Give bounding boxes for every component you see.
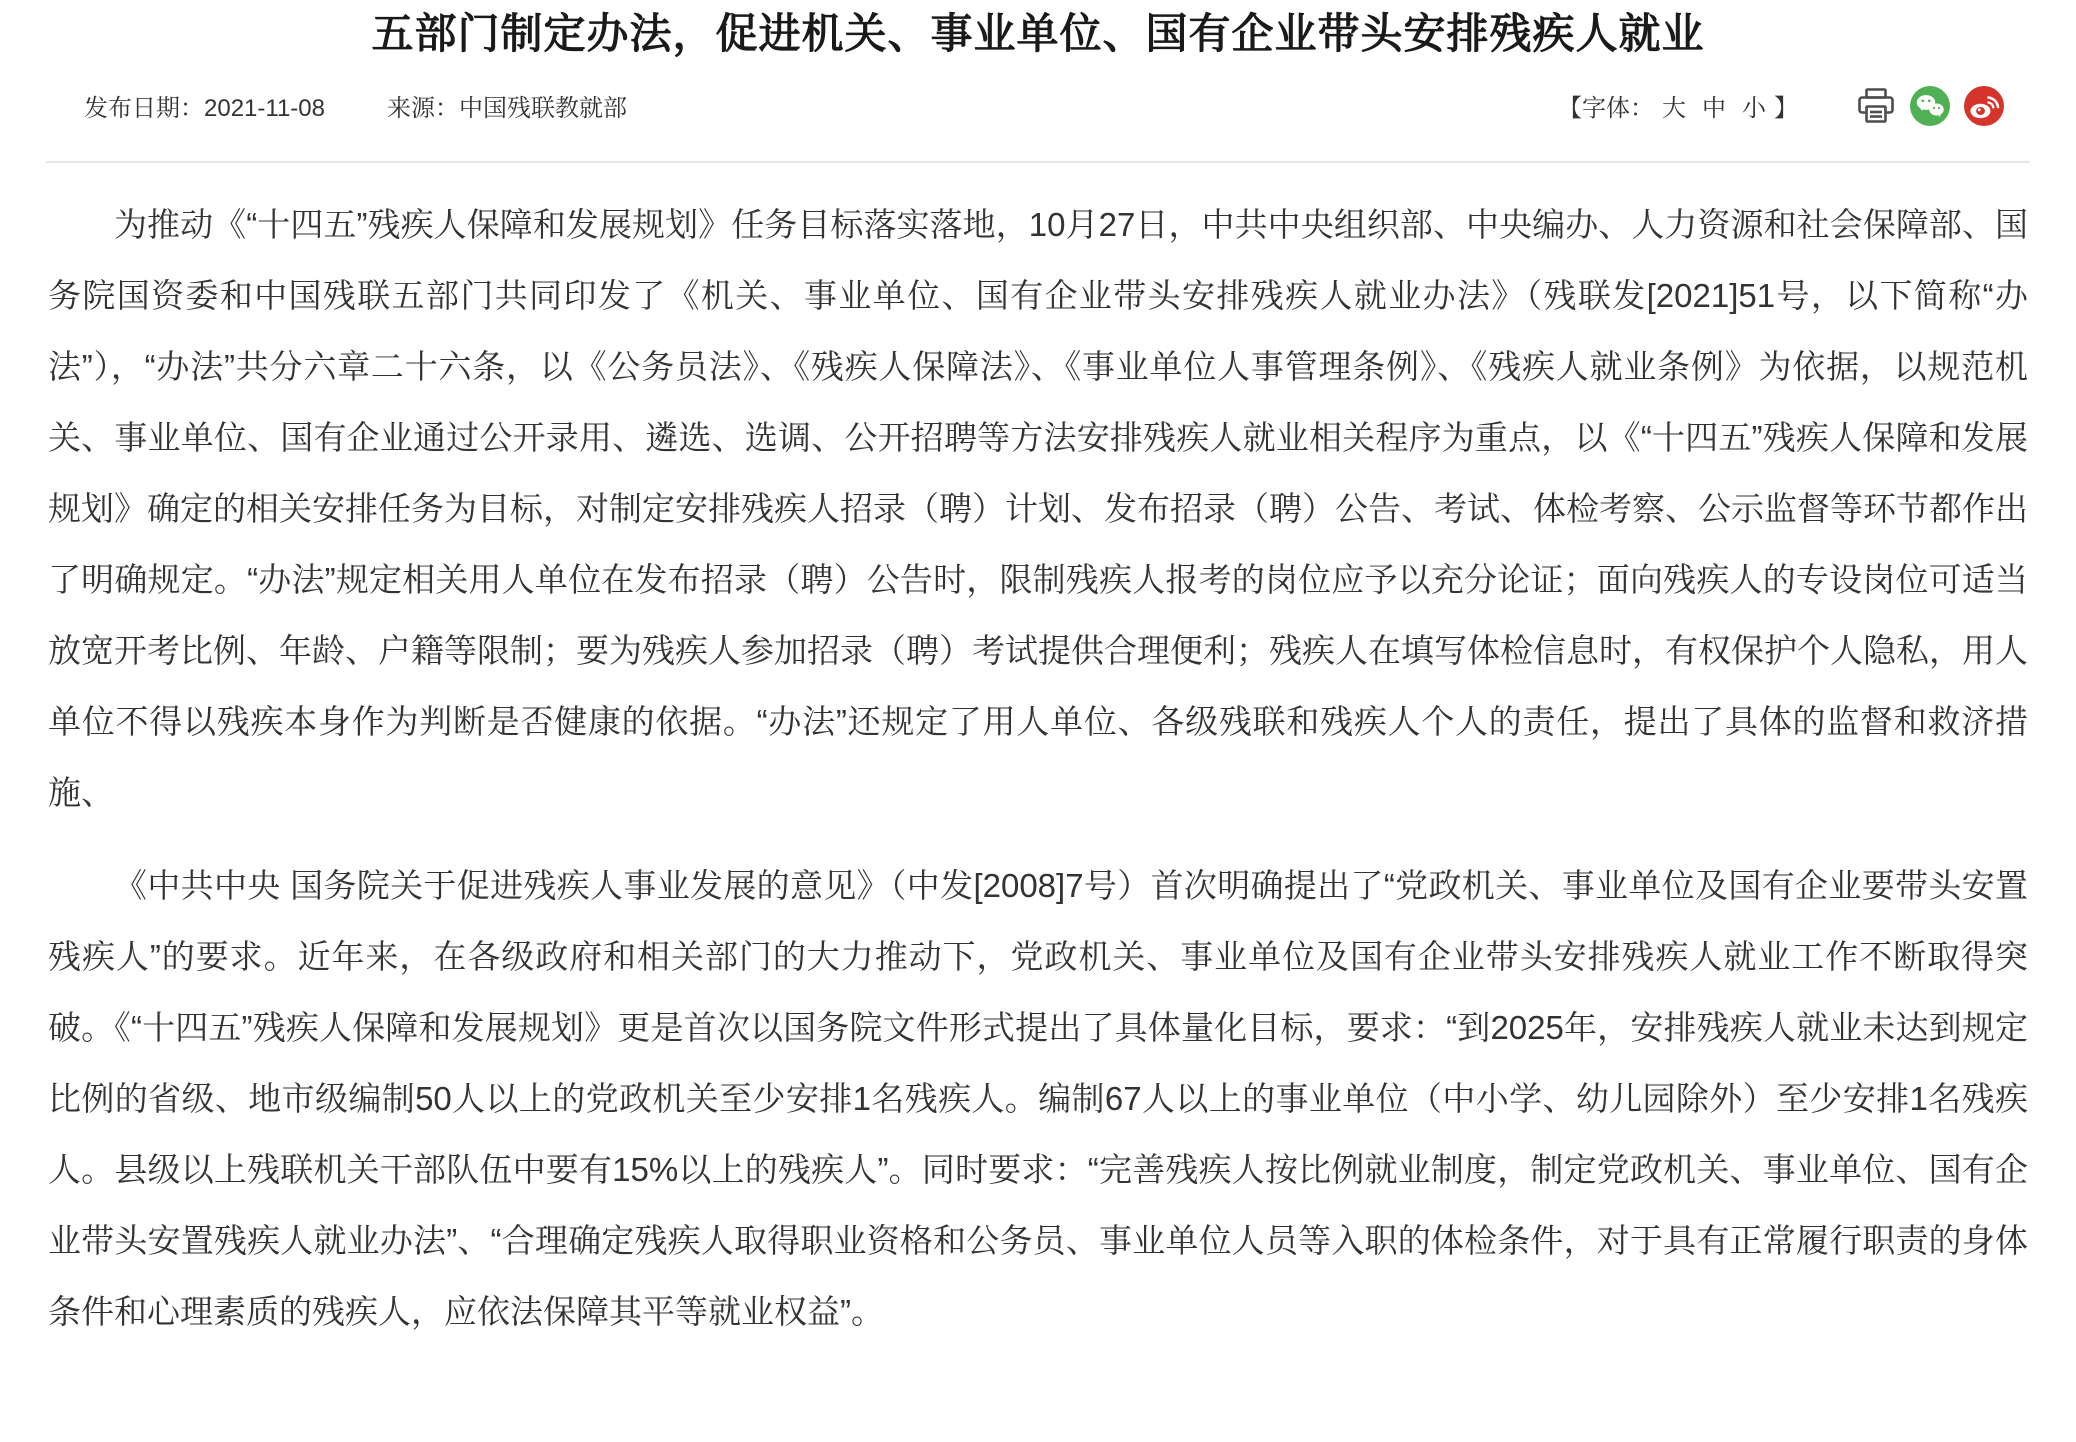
print-button[interactable] <box>1856 86 1896 126</box>
share-icon-group <box>1856 86 2004 126</box>
publish-date-value: 2021-11-08 <box>204 95 325 122</box>
font-size-prefix: 【字体： <box>1558 88 1654 123</box>
article-paragraph-1: 为推动《“十四五”残疾人保障和发展规划》任务目标落实落地，10月27日，中共中央… <box>48 189 2028 828</box>
font-size-large-button[interactable]: 大 <box>1662 88 1686 123</box>
publish-date: 发布日期：2021-11-08 <box>84 88 325 123</box>
article-body: 为推动《“十四五”残疾人保障和发展规划》任务目标落实落地，10月27日，中共中央… <box>0 163 2076 1347</box>
weibo-icon <box>1964 86 2004 126</box>
font-size-medium-button[interactable]: 中 <box>1702 88 1726 123</box>
article-paragraph-2: 《中共中央 国务院关于促进残疾人事业发展的意见》（中发[2008]7号）首次明确… <box>48 850 2028 1347</box>
font-size-widget: 【字体：大中小】 <box>1558 88 1798 123</box>
source-value: 中国残联教就部 <box>459 95 627 122</box>
wechat-icon <box>1910 86 1950 126</box>
print-icon <box>1856 87 1896 125</box>
meta-actions: 【字体：大中小】 <box>1558 86 2004 126</box>
source: 来源：中国残联教就部 <box>387 88 627 123</box>
source-label: 来源： <box>387 95 459 122</box>
wechat-share-button[interactable] <box>1910 86 1950 126</box>
page-title: 五部门制定办法，促进机关、事业单位、国有企业带头安排残疾人就业 <box>0 0 2076 61</box>
meta-bar: 发布日期：2021-11-08 来源：中国残联教就部 【字体：大中小】 <box>84 85 2004 127</box>
weibo-share-button[interactable] <box>1964 86 2004 126</box>
font-size-small-button[interactable]: 小 <box>1742 88 1766 123</box>
article-page: 五部门制定办法，促进机关、事业单位、国有企业带头安排残疾人就业 发布日期：202… <box>0 0 2076 1442</box>
meta-info: 发布日期：2021-11-08 来源：中国残联教就部 <box>84 88 627 123</box>
font-size-suffix: 】 <box>1774 88 1798 123</box>
publish-date-label: 发布日期： <box>84 95 204 122</box>
